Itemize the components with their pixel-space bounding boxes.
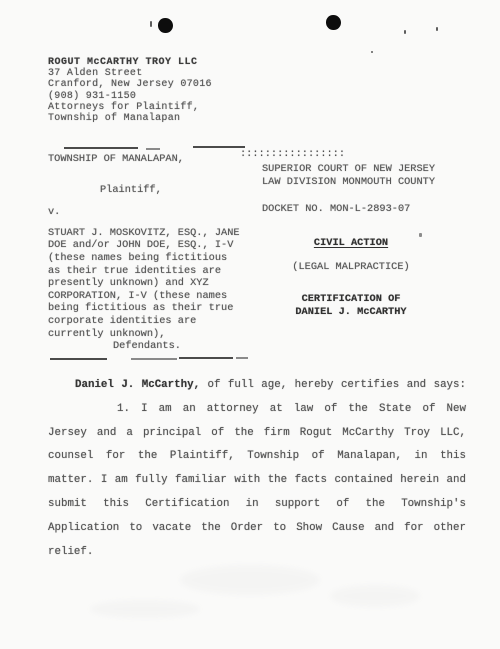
court-info-block: SUPERIOR COURT OF NEW JERSEY LAW DIVISIO… [262, 163, 440, 319]
scan-smudge [90, 600, 200, 618]
caption-top-rule [146, 148, 160, 150]
defendant-line: currently unknown), [48, 328, 244, 341]
hole-punch-mark-left [158, 18, 173, 33]
scan-speck [404, 30, 406, 34]
defendant-line: being fictitious as their true [48, 302, 244, 315]
docket-number: DOCKET NO. MON-L-2893-07 [262, 203, 440, 216]
defendants-label: Defendants. [48, 340, 244, 353]
versus-label: v. [48, 206, 244, 219]
scan-smudge [180, 565, 320, 595]
body-line: relief. [48, 541, 466, 565]
attorney-role-line2: Township of Manalapan [48, 113, 212, 124]
scan-smudge [330, 585, 420, 607]
document-title: CERTIFICATION OF DANIEL J. McCARTHY [262, 293, 440, 319]
court-division: LAW DIVISION MONMOUTH COUNTY [262, 176, 440, 189]
body-line: Jersey and a principal of the firm Rogut… [48, 422, 466, 446]
body-line: matter. I am fully familiar with the fac… [48, 469, 466, 493]
civil-action-label: CIVIL ACTION [262, 237, 440, 250]
body-line: counsel for the Plaintiff, Township of M… [48, 445, 466, 469]
caption-bottom-rule [179, 357, 233, 359]
certification-body: Daniel J. McCarthy, of full age, hereby … [48, 374, 466, 564]
document-title-line1: CERTIFICATION OF [262, 293, 440, 306]
caption-bottom-rule [131, 358, 177, 360]
defendant-line: CORPORATION, I-V (these names [48, 290, 244, 303]
defendant-line: DOE and/or JOHN DOE, ESQ., I-V [48, 239, 244, 252]
court-name: SUPERIOR COURT OF NEW JERSEY [262, 163, 440, 176]
caption-colon-separator: ::::::::::::::::: [240, 148, 246, 161]
plaintiff-label: Plaintiff, [48, 184, 244, 197]
body-line: Application to vacate the Order to Show … [48, 517, 466, 541]
defendant-line: as their true identities are [48, 265, 244, 278]
scanned-legal-document-page: ROGUT McCARTHY TROY LLC 37 Alden Street … [0, 0, 500, 649]
attorney-block: ROGUT McCARTHY TROY LLC 37 Alden Street … [48, 57, 212, 124]
body-line: 1. I am an attorney at law of the State … [48, 398, 466, 422]
certifier-name: Daniel J. McCarthy, [75, 379, 200, 391]
defendant-line: corporate identities are [48, 315, 244, 328]
defendant-line: STUART J. MOSKOVITZ, ESQ., JANE [48, 227, 244, 240]
defendant-description: STUART J. MOSKOVITZ, ESQ., JANE DOE and/… [48, 227, 244, 340]
body-line: submit this Certification in support of … [48, 493, 466, 517]
firm-street-address: 37 Alden Street [48, 68, 212, 79]
scan-speck [371, 51, 373, 53]
scan-speck [436, 27, 438, 31]
caption-bottom-rule [50, 358, 107, 360]
certification-intro-rest: of full age, hereby certifies and says: [200, 379, 466, 391]
plaintiff-name: TOWNSHIP OF MANALAPAN, [48, 153, 244, 166]
hole-punch-mark-right [326, 15, 341, 30]
firm-city-state-zip: Cranford, New Jersey 07016 [48, 79, 212, 90]
caption-top-rule [193, 146, 245, 148]
case-caption-parties: TOWNSHIP OF MANALAPAN, Plaintiff, v. STU… [48, 153, 244, 353]
law-firm-name: ROGUT McCARTHY TROY LLC [48, 57, 212, 68]
caption-bottom-rule [236, 357, 248, 359]
action-subtype-label: (LEGAL MALPRACTICE) [262, 261, 440, 274]
certification-intro-line: Daniel J. McCarthy, of full age, hereby … [48, 374, 466, 398]
caption-top-rule [64, 147, 138, 149]
document-title-line2: DANIEL J. McCARTHY [262, 306, 440, 319]
firm-phone: (908) 931-1150 [48, 91, 212, 102]
defendant-line: (these names being fictitious [48, 252, 244, 265]
defendant-line: presently unknown) and XYZ [48, 277, 244, 290]
scan-speck [150, 21, 152, 27]
attorney-role-line1: Attorneys for Plaintiff, [48, 102, 212, 113]
